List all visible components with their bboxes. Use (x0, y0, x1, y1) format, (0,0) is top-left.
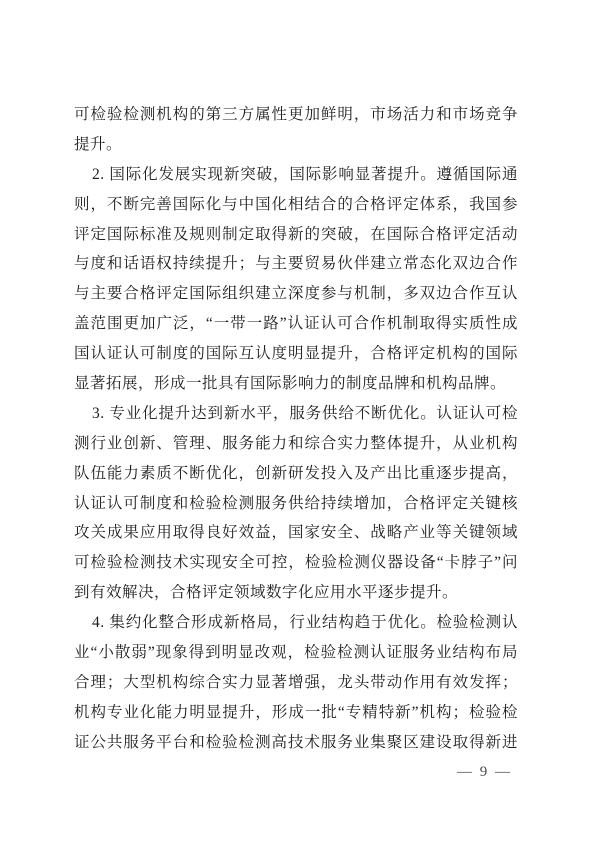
text-line: 盖范围更加广泛，“一带一路”认证认可合作机制取得实质性成果，我 (74, 309, 518, 339)
text-line: 业“小散弱”现象得到明显改观，检验检测认证服务业结构布局更加 (74, 638, 518, 668)
text-line: 与主要合格评定国际组织建立深度参与机制，多双边合作互认安排覆 (74, 279, 518, 309)
text-line: 4. 集约化整合形成新格局，行业结构趋于优化。检验检测认证行 (74, 608, 518, 638)
text-line: 认证认可制度和检验检测服务供给持续增加，合格评定关键核心技术 (74, 489, 518, 519)
text-line: 3. 专业化提升达到新水平，服务供给不断优化。认证认可检验检 (74, 399, 518, 429)
text-line: 机构专业化能力明显提升，形成一批“专精特新”机构；检验检测认 (74, 698, 518, 728)
text-line: 2. 国际化发展实现新突破，国际影响显著提升。遵循国际通行规 (74, 160, 518, 190)
page-number: — 9 — (457, 761, 512, 783)
text-line: 队伍能力素质不断优化，创新研发投入及产出比重逐步提高，新领域 (74, 459, 518, 489)
text-block: 可检验检测机构的第三方属性更加鲜明，市场活力和市场竞争力持续提升。2. 国际化发… (74, 100, 518, 758)
text-line: 与度和话语权持续提升；与主要贸易伙伴建立常态化双边合作机制， (74, 249, 518, 279)
text-line: 提升。 (74, 130, 518, 160)
text-line: 可检验检测技术实现安全可控，检验检测仪器设备“卡脖子”问题得 (74, 548, 518, 578)
text-line: 合理；大型机构综合实力显著增强，龙头带动作用有效发挥；中小型 (74, 668, 518, 698)
text-line: 到有效解决，合格评定领域数字化应用水平逐步提升。 (74, 578, 518, 608)
text-line: 可检验检测机构的第三方属性更加鲜明，市场活力和市场竞争力持续 (74, 100, 518, 130)
text-line: 攻关成果应用取得良好效益，国家安全、战略产业等关键领域认证认 (74, 518, 518, 548)
text-line: 显著拓展，形成一批具有国际影响力的制度品牌和机构品牌。 (74, 369, 518, 399)
text-line: 评定国际标准及规则制定取得新的突破，在国际合格评定活动中的参 (74, 220, 518, 250)
document-page: 可检验检测机构的第三方属性更加鲜明，市场活力和市场竞争力持续提升。2. 国际化发… (0, 0, 600, 848)
text-line: 国认证认可制度的国际互认度明显提升，合格评定机构的国际化业务 (74, 339, 518, 369)
text-line: 测行业创新、管理、服务能力和综合实力整体提升，从业机构及人员 (74, 429, 518, 459)
text-line: 证公共服务平台和检验检测高技术服务业集聚区建设取得新进展，辐 (74, 728, 518, 758)
text-line: 则，不断完善国际化与中国化相结合的合格评定体系，我国参与合格 (74, 190, 518, 220)
